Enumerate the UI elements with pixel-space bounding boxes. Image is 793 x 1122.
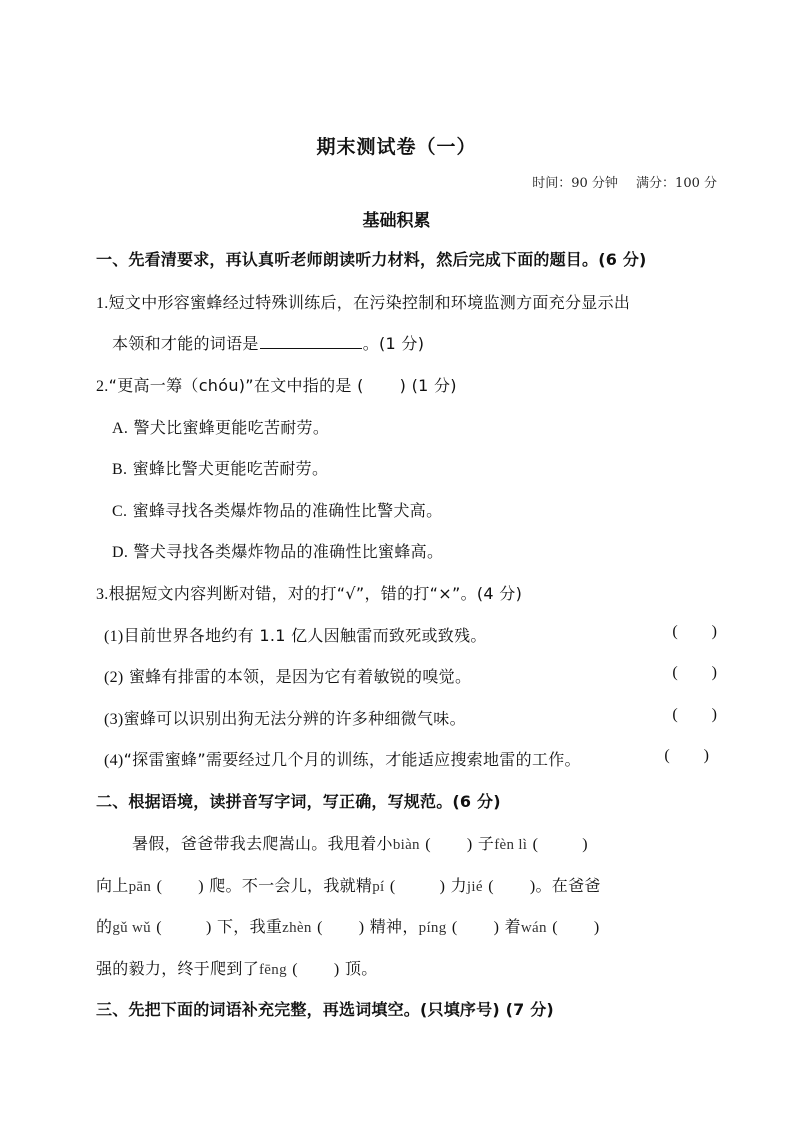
- option-a[interactable]: A. 警犬比蜜蜂更能吃苦耐劳。: [112, 415, 329, 438]
- question-1-line-2: 本领和才能的词语是。(1 分): [112, 331, 424, 354]
- question-2: 2.“更高一筹（chóu)”在文中指的是 () (1 分): [96, 373, 457, 396]
- passage-line-2: 向上pān () 爬。不一会儿，我就精pí () 力jié ()。在爸爸: [96, 873, 601, 896]
- section-1-heading: 一、先看清要求，再认真听老师朗读听力材料，然后完成下面的题目。(6 分): [96, 247, 647, 270]
- judge-answer-4[interactable]: (): [664, 747, 709, 765]
- pinyin: zhèn: [282, 920, 312, 936]
- exam-full-score: 满分：100 分: [636, 176, 717, 191]
- question-1-line-1: 1.短文中形容蜜蜂经过特殊训练后，在污染控制和环境监测方面充分显示出: [96, 290, 630, 313]
- pinyin: pān: [129, 879, 152, 895]
- section-3-heading: 三、先把下面的词语补充完整，再选词填空。(只填序号) (7 分): [96, 997, 554, 1020]
- question-number: 2.: [96, 378, 109, 395]
- judge-answer-2[interactable]: (): [672, 664, 717, 682]
- question-3: 3.根据短文内容判断对错，对的打“√”，错的打“×”。(4 分): [96, 581, 522, 604]
- judge-answer-3[interactable]: (): [672, 706, 717, 724]
- pinyin: jié: [467, 879, 483, 895]
- question-number: 3.: [96, 586, 109, 603]
- pinyin: fèn lì: [494, 837, 527, 853]
- judge-item-1: (1)目前世界各地约有 1.1 亿人因触雷而致死或致残。: [104, 623, 487, 646]
- judge-item-3: (3)蜜蜂可以识别出狗无法分辨的许多种细微气味。: [104, 706, 466, 729]
- option-d[interactable]: D. 警犬寻找各类爆炸物品的准确性比蜜蜂高。: [112, 539, 443, 562]
- question-number: 1.: [96, 295, 109, 312]
- passage-line-4: 强的毅力，终于爬到了fēng () 顶。: [96, 956, 378, 979]
- section-2-heading: 二、根据语境，读拼音写字词，写正确，写规范。(6 分): [96, 789, 501, 812]
- judge-item-4: (4)“探雷蜜蜂”需要经过几个月的训练，才能适应搜索地雷的工作。: [104, 747, 581, 770]
- option-b[interactable]: B. 蜜蜂比警犬更能吃苦耐劳。: [112, 456, 328, 479]
- pinyin: wán: [521, 920, 547, 936]
- pinyin: pí: [372, 879, 384, 895]
- judge-item-2: (2) 蜜蜂有排雷的本领，是因为它有着敏锐的嗅觉。: [104, 664, 471, 687]
- answer-blank[interactable]: [260, 334, 362, 349]
- passage-line-3: 的gǔ wǔ () 下，我重zhèn () 精神，píng () 着wán (): [96, 914, 599, 937]
- exam-time: 时间：90 分钟: [532, 176, 618, 191]
- judge-answer-1[interactable]: (): [672, 623, 717, 641]
- pinyin: gǔ wǔ: [112, 920, 151, 936]
- pinyin: fēng: [259, 962, 287, 978]
- pinyin: píng: [419, 920, 447, 936]
- exam-meta: 时间：90 分钟 满分：100 分: [532, 172, 717, 191]
- pinyin: biàn: [393, 837, 420, 853]
- option-c[interactable]: C. 蜜蜂寻找各类爆炸物品的准确性比警犬高。: [112, 498, 442, 521]
- section-subtitle: 基础积累: [0, 206, 793, 231]
- page-title: 期末测试卷（一）: [0, 132, 793, 159]
- passage-line-1: 暑假，爸爸带我去爬嵩山。我甩着小biàn () 子fèn lì (): [132, 831, 588, 854]
